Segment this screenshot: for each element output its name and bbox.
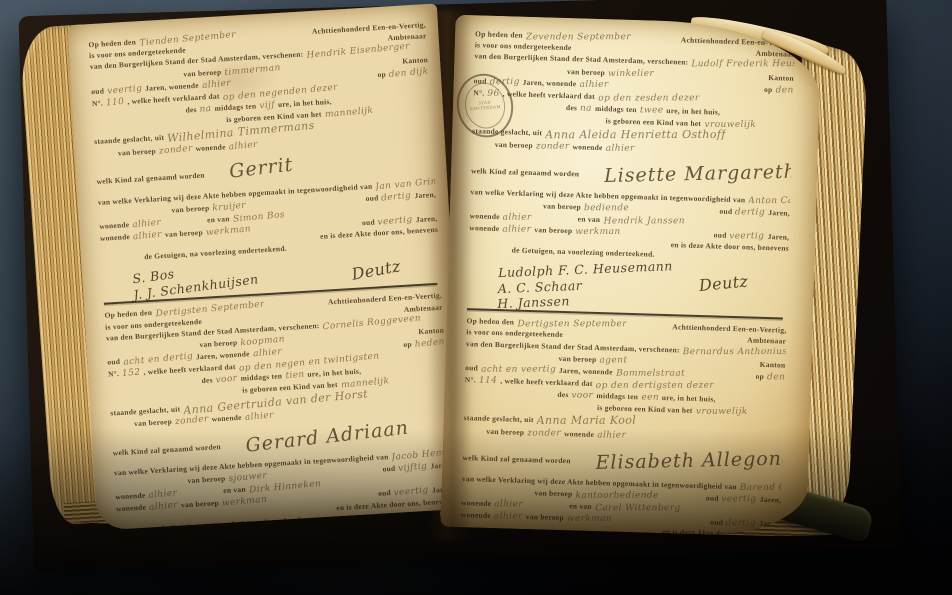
printed-year-label: Achttienhonderd Een-en-Veertig, xyxy=(672,323,786,335)
printed-label: Jaren, xyxy=(767,233,789,242)
printed-label: Jaren, xyxy=(768,209,790,218)
birth-record-entry: Op heden den Zevenden September Achttien… xyxy=(467,29,795,314)
printed-label: en van xyxy=(223,486,246,496)
printed-label: Jaren, wonende xyxy=(145,81,199,93)
printed-label: van beroep xyxy=(567,68,605,78)
printed-label: ure, in het huis, xyxy=(278,98,332,110)
printed-label: des xyxy=(566,104,577,113)
handwritten-residence: Bommelstraat xyxy=(616,368,685,379)
printed-label: N°. xyxy=(465,376,476,385)
handwritten-residence: alhier xyxy=(597,430,626,441)
handwritten-residence: alhier xyxy=(606,143,635,154)
printed-label: Jaren, xyxy=(759,520,781,529)
printed-label: van beroep xyxy=(134,418,172,429)
printed-label: wonende xyxy=(195,143,226,154)
printed-year-label: Achttienhonderd Een-en-Veertig, xyxy=(681,36,795,48)
printed-label: middags ten xyxy=(214,102,256,113)
printed-label: wonende xyxy=(461,511,491,521)
printed-label: wonende xyxy=(572,143,602,153)
handwritten-margin-note: heden xyxy=(414,337,445,350)
printed-label: wonende xyxy=(564,430,594,440)
handwritten-age: vijftig xyxy=(398,462,428,475)
printed-label: Op heden den xyxy=(466,317,514,327)
birth-record-entry: Op heden den Tienden September Achttienh… xyxy=(88,20,441,300)
handwritten-daypart: na xyxy=(580,103,592,114)
handwritten-hour: tien xyxy=(285,370,305,382)
printed-label: Jaren, wonende xyxy=(559,367,613,377)
handwritten-residence: alhier xyxy=(228,139,258,152)
register-page-left: Op heden den Tienden September Achttienh… xyxy=(67,3,466,530)
printed-label: van beroep xyxy=(183,68,221,79)
printed-label: Kanton xyxy=(760,361,786,371)
birth-record-entry: Op heden den Dertigsten September Achtti… xyxy=(459,308,787,537)
printed-label: staande geslacht, uit xyxy=(464,414,534,425)
printed-label: wonende xyxy=(469,224,499,234)
handwritten-declarant-name: Bernardus Anthonius Stanislaus Colmar xyxy=(683,347,786,358)
printed-label: oud xyxy=(719,207,732,216)
printed-label: oud xyxy=(714,231,727,240)
handwritten-declarant-name: Ludolf Frederik Heusemann xyxy=(691,60,794,71)
handwritten-occupation: werkman xyxy=(567,514,612,525)
handwritten-mother-name: Anna Maria Kool xyxy=(537,415,637,428)
handwritten-margin-note: den xyxy=(775,85,793,96)
printed-label: wonende xyxy=(470,212,500,222)
child-name: Gerrit xyxy=(228,154,294,183)
witness-signatures: Ludolph F. C. HeusemannA. C. SchaarH. Ja… xyxy=(497,259,673,311)
handwritten-daypart: voor xyxy=(572,391,594,402)
printed-label: Jaren, wonende xyxy=(522,78,576,88)
handwritten-residence: alhier xyxy=(244,410,274,423)
printed-label: op xyxy=(377,70,386,79)
printed-label: oud xyxy=(378,489,391,499)
handwritten-residence: alhier xyxy=(149,501,179,514)
printed-label: oud xyxy=(362,218,375,228)
printed-label: op xyxy=(764,86,773,95)
printed-label: ure, in het huis, xyxy=(662,394,716,404)
handwritten-occupation: werkman xyxy=(575,227,620,238)
printed-label: wonende xyxy=(115,492,146,503)
handwritten-occupation: zonder xyxy=(536,141,570,152)
handwritten-residence: alhier xyxy=(579,79,608,90)
printed-label: van beroep xyxy=(534,489,572,499)
printed-label: Jaren, xyxy=(416,215,438,225)
handwritten-daypart: voor xyxy=(215,374,238,387)
ink-stamp-ring: STAD AMSTERDAM xyxy=(461,79,510,132)
printed-label: welk Kind zal genaamd worden xyxy=(96,172,205,187)
handwritten-age: dertig xyxy=(381,191,412,204)
printed-label: Ambtenaar xyxy=(747,337,786,347)
printed-label: van beroep xyxy=(543,202,581,212)
handwritten-residence: alhier xyxy=(502,224,531,235)
handwritten-house-number: 114 xyxy=(479,376,497,387)
printed-label: oud xyxy=(365,194,378,204)
witness-signatures: S. BosJ. J. Schenkhuijsen xyxy=(132,260,260,299)
handwritten-age: veertig xyxy=(107,83,143,97)
handwritten-declaration: op den zesden dezer xyxy=(598,93,699,104)
printed-label: van beroep xyxy=(495,140,533,150)
printed-label: en van xyxy=(569,502,592,512)
printed-label: Ambtenaar xyxy=(404,303,443,314)
printed-label: van beroep xyxy=(526,513,564,523)
printed-label: van beroep xyxy=(118,147,156,158)
printed-label: de Getuigen, na voorlezing onderteekend. xyxy=(512,247,655,260)
handwritten-occupation: zonder xyxy=(175,414,210,428)
printed-label: middags ten xyxy=(596,392,638,402)
printed-label: Jaren, xyxy=(414,191,436,201)
entry-line-child-name: welk Kind zal genaamd worden Lisette Mar… xyxy=(471,156,792,188)
entry-line-child-name: welk Kind zal genaamd worden Elisabeth A… xyxy=(462,443,783,475)
printed-label: wonende xyxy=(116,504,147,515)
handwritten-occupation: kruijer xyxy=(212,200,246,214)
left-page-entries: Op heden den Tienden September Achttienh… xyxy=(67,3,466,530)
printed-label: ure, in het huis, xyxy=(666,107,720,117)
handwritten-occupation: agent xyxy=(599,355,627,366)
handwritten-occupation: kantoorbediende xyxy=(575,490,658,501)
handwritten-occupation: bediende xyxy=(584,203,629,214)
printed-label: des xyxy=(185,106,197,115)
child-name: Elisabeth Allegonda Johanna xyxy=(596,448,783,475)
handwritten-hour: vijf xyxy=(259,100,276,112)
photo-of-open-register-book: Op heden den Tienden September Achttienh… xyxy=(0,0,952,595)
handwritten-age: dertig xyxy=(726,518,756,529)
printed-label: Jaren, xyxy=(760,496,782,505)
handwritten-occupation: zonder xyxy=(527,428,561,439)
ink-stamp-label: STAD AMSTERDAM xyxy=(469,100,502,112)
printed-label: van beroep xyxy=(165,229,203,240)
handwritten-daypart: na xyxy=(199,104,212,116)
printed-label: van beroep xyxy=(199,339,237,350)
printed-label: van beroep xyxy=(181,500,219,511)
printed-label: welk Kind zal genaamd worden xyxy=(471,167,579,179)
handwritten-age: veertig xyxy=(730,231,765,242)
handwritten-margin-note: den xyxy=(767,372,785,383)
printed-label: N°. xyxy=(108,370,120,379)
printed-label: wonende xyxy=(100,233,131,244)
printed-label: Op heden den xyxy=(475,30,523,40)
handwritten-hour: twee xyxy=(640,105,664,116)
printed-label: Kanton xyxy=(418,327,444,337)
signature-block: Ludolph F. C. HeusemannA. C. SchaarH. Ja… xyxy=(467,258,788,314)
printed-label: Kanton xyxy=(402,56,428,66)
printed-label: op xyxy=(755,373,764,382)
handwritten-occupation: zonder xyxy=(158,143,193,157)
printed-label: is geboren een Kind van het xyxy=(605,117,701,129)
printed-label: middags ten xyxy=(595,105,637,115)
handwritten-age: dertig xyxy=(735,207,765,218)
handwritten-residence: alhier xyxy=(494,511,523,522)
printed-label: wonende xyxy=(211,414,242,425)
birth-record-entry: Op heden den Dertigsten September Achtti… xyxy=(104,283,458,530)
printed-label: van beroep xyxy=(187,475,225,486)
printed-label: van beroep xyxy=(486,427,524,437)
handwritten-witness-name: Anton Carel Schaar xyxy=(748,196,790,207)
printed-label: van beroep xyxy=(534,226,572,236)
printed-label: en van xyxy=(207,215,230,225)
handwritten-declaration: op den dertigsten dezer xyxy=(596,381,714,392)
handwritten-house-number: 110 xyxy=(106,97,125,109)
printed-label: des xyxy=(557,391,568,400)
printed-label: oud xyxy=(706,494,719,503)
printed-label: welk Kind zal genaamd worden xyxy=(113,443,222,458)
printed-label: ure, in het huis, xyxy=(307,368,361,380)
handwritten-residence: alhier xyxy=(252,347,282,360)
child-name: Gerard Adriaan xyxy=(245,416,411,457)
printed-label: , welke heeft verklaard dat xyxy=(500,377,593,389)
handwritten-witness-name: Hendrik Janssen xyxy=(603,216,684,227)
printed-label: en van xyxy=(578,215,601,225)
child-name: Lisette Margaretha xyxy=(604,161,791,188)
printed-label: van beroep xyxy=(171,204,209,215)
printed-label: staande geslacht, uit xyxy=(110,405,180,418)
printed-label: op xyxy=(403,341,412,350)
printed-label: middags ten xyxy=(240,373,282,384)
printed-label: , welke heeft verklaard dat xyxy=(503,90,596,102)
handwritten-residence: alhier xyxy=(133,230,163,243)
handwritten-occupation: sjouwer xyxy=(228,471,268,485)
handwritten-occupation: winkelier xyxy=(608,68,654,79)
handwritten-house-number: 152 xyxy=(122,368,141,380)
handwritten-age: acht en veertig xyxy=(481,364,556,375)
printed-label: oud xyxy=(382,465,395,475)
official-signature: Deutz xyxy=(698,272,749,295)
printed-label: Jaren, wonende xyxy=(196,350,250,362)
printed-label: wonende xyxy=(99,221,130,232)
printed-label: van beroep xyxy=(558,355,596,365)
printed-label: wonende xyxy=(461,499,491,509)
handwritten-residence: alhier xyxy=(201,78,231,91)
handwritten-age: veertig xyxy=(722,494,757,505)
handwritten-residence: alhier xyxy=(494,499,523,510)
handwritten-witness-name: Barend Oolman xyxy=(740,483,782,494)
handwritten-residence: alhier xyxy=(132,218,162,231)
printed-label: oud xyxy=(710,518,723,527)
printed-label: oud xyxy=(107,358,120,368)
handwritten-mother-name: Anna Aleida Henrietta Osthoff xyxy=(545,129,726,142)
printed-label: oud xyxy=(465,364,478,373)
handwritten-witness-name: Carel Wittenberg xyxy=(595,503,681,514)
printed-label: des xyxy=(201,377,213,386)
handwritten-hour: een xyxy=(641,393,659,404)
printed-label: welk Kind zal genaamd worden xyxy=(462,454,570,466)
official-signature: Deutz xyxy=(350,256,402,284)
handwritten-residence: alhier xyxy=(503,212,532,223)
handwritten-gender: vrouwelijk xyxy=(696,407,748,418)
printed-label: oud xyxy=(91,87,104,97)
printed-label: N°. xyxy=(92,99,104,108)
printed-label: Kanton xyxy=(768,74,794,84)
register-page-right: STAD AMSTERDAM Op heden den Zevenden Sep… xyxy=(440,15,821,538)
